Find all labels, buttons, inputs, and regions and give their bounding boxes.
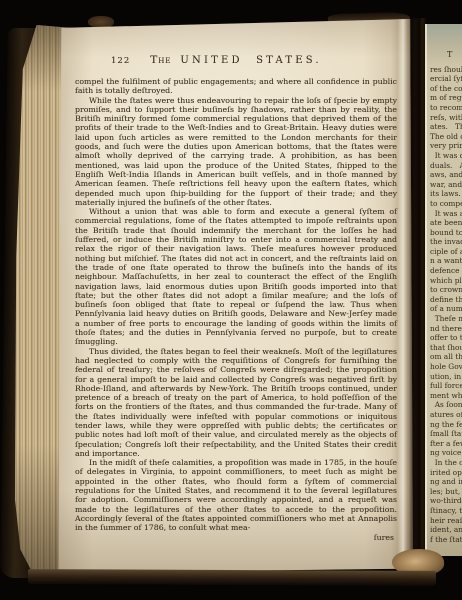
facing-page-line: ſtinacy, th	[430, 506, 462, 516]
facing-page-line: which placed	[430, 276, 462, 286]
facing-page-line: ercial ſyſtem.	[430, 74, 462, 84]
facing-page-line: defence and	[430, 266, 462, 276]
paragraph: Without a union that was able to form an…	[75, 207, 397, 346]
facing-page-line: define the law	[430, 295, 462, 305]
facing-page-line: offer to the c	[430, 333, 462, 343]
page-number: 122	[111, 56, 130, 66]
facing-page-line: les; but,	[430, 487, 462, 497]
facing-page-line: Theſe mal	[430, 314, 462, 324]
facing-page-line: atures of	[430, 410, 462, 420]
facing-page-line: ution, in wh	[430, 372, 462, 382]
facing-page-line: f the ſtat	[430, 535, 462, 545]
facing-page-line: ng and int	[430, 477, 462, 487]
facing-page-line: wo-thirds o	[430, 496, 462, 506]
facing-page-line: duals. All	[430, 161, 462, 171]
facing-page-line: bound to aff	[430, 228, 462, 238]
top-left-cover-wear	[88, 16, 114, 28]
facing-page-line: om all the th	[430, 352, 462, 362]
book-photo: 122 TheUNITED STATES. compel the fulfilm…	[0, 0, 462, 600]
facing-page-line: fter a few d	[430, 439, 462, 449]
facing-page-line: T	[430, 50, 462, 60]
facing-page-line: ſmall ſtate o	[430, 429, 462, 439]
facing-page-line: ciple of app	[430, 247, 462, 257]
facing-page-line: res ſhould be tr	[430, 65, 462, 75]
body-text: compel the fulfilment of public engageme…	[75, 77, 397, 542]
facing-page-line: ident, and	[430, 525, 462, 535]
gutter-shadow	[409, 18, 426, 570]
facing-page-line: aws, and con	[430, 170, 462, 180]
facing-page-line: The old confede	[430, 132, 462, 142]
facing-page-line: It was defe	[430, 151, 462, 161]
paragraph: In the midſt of theſe calamities, a prop…	[75, 458, 397, 532]
facing-page-line: hole Gover	[430, 362, 462, 372]
facing-page-line: the invaded f	[430, 237, 462, 247]
facing-page-line: n a want of	[430, 256, 462, 266]
facing-page-line: In the con	[430, 458, 462, 468]
facing-page-line: ates. This	[430, 122, 462, 132]
left-page: 122 TheUNITED STATES. compel the fulfilm…	[57, 19, 413, 573]
page-content: 122 TheUNITED STATES. compel the fulfilm…	[57, 19, 413, 573]
facing-page-line: of a number	[430, 304, 462, 314]
running-head-the: The	[150, 54, 171, 66]
facing-page-line: very principle	[430, 141, 462, 151]
facing-page-sliver: Tres ſhould be trercial ſyſtem.of the co…	[425, 24, 462, 556]
facing-page-line: to compel ob	[430, 199, 462, 209]
facing-page-line: reſs, with pow	[430, 113, 462, 123]
facing-page-line: nd therefore	[430, 324, 462, 334]
bottom-cover-edge	[28, 569, 436, 586]
facing-page-line: to recommend	[430, 103, 462, 113]
facing-page-line: ng the fede	[430, 420, 462, 430]
paragraph: Thus divided, the ſtates began to feel t…	[75, 347, 397, 459]
paragraph: compel the fulfilment of public engageme…	[75, 77, 397, 96]
catchword: ſures	[75, 533, 397, 542]
facing-page-line: m of regulatio	[430, 93, 462, 103]
facing-page-line: As ſoon a	[430, 400, 462, 410]
facing-page-line: its laws. W	[430, 189, 462, 199]
facing-page-line: of the commiſſio	[430, 84, 462, 94]
facing-page-line: It was alſo d	[430, 209, 462, 219]
facing-page-line: ate been i	[430, 218, 462, 228]
running-head: 122 TheUNITED STATES.	[75, 54, 397, 68]
facing-page-line: to crown all th	[430, 285, 462, 295]
facing-page-line: irited opp	[430, 468, 462, 478]
facing-page-line: ment which	[430, 391, 462, 401]
facing-page-line: war, and ana	[430, 180, 462, 190]
facing-page-line: full force, th	[430, 381, 462, 391]
running-head-main: UNITED STATES.	[180, 55, 321, 66]
facing-page-line: that ſhould be	[430, 343, 462, 353]
facing-page-line: heir reaſon	[430, 516, 462, 526]
paragraph: While the ſtates were thus endeavouring …	[75, 96, 397, 208]
facing-page-line: ng voice.	[430, 448, 462, 458]
